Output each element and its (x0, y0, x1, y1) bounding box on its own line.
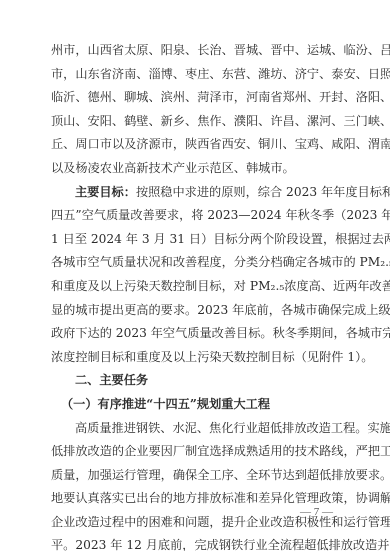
goal-label: 主要目标： (75, 185, 136, 199)
section-heading: 二、主要任务 (51, 369, 343, 393)
goal-text: 按照稳中求进的原则，综合 2023 年年度目标和“十 (136, 185, 390, 199)
text-line: 州市，山西省太原、阳泉、长治、晋城、晋中、运城、临汾、吕梁 (51, 39, 343, 63)
text-line: 1 日至 2024 年 3 月 31 日）目标分两个阶段设置，根据过去两年同期 (51, 228, 343, 252)
text-line: 四五”空气质量改善要求，将 2023—2024 年秋冬季（2023 年 10 月 (51, 204, 343, 228)
text-line: 丘、周口市以及济源市，陕西省西安、铜川、宝鸡、咸阳、渭南市 (51, 133, 343, 157)
text-line: 显的城市提出更高的要求。2023 年底前，各城市确保完成上级人民 (51, 299, 343, 323)
text-line: 临沂、德州、聊城、滨州、菏泽市，河南省郑州、开封、洛阳、平 (51, 86, 343, 110)
text-line: 质量，加强运行管理，确保全工序、全环节达到超低排放要求。各 (51, 464, 343, 488)
text-line: 各城市空气质量状况和改善程度，分类分档确定各城市的 PM₂.₅浓度 (51, 251, 343, 275)
text-line: 市，山东省济南、淄博、枣庄、东营、潍坊、济宁、泰安、日照、 (51, 63, 343, 87)
text-line: 浓度控制目标和重度及以上污染天数控制目标（见附件 1）。 (51, 346, 343, 370)
text-line: 政府下达的 2023 年空气质量改善目标。秋冬季期间，各城市完成 PM₂.₅ (51, 322, 343, 346)
goal-paragraph-first-line: 主要目标：按照稳中求进的原则，综合 2023 年年度目标和“十 (51, 181, 343, 205)
page-number: — 7 — (300, 506, 333, 518)
text-line: 顶山、安阳、鹤壁、新乡、焦作、濮阳、许昌、漯河、三门峡、商 (51, 110, 343, 134)
subsection-heading: （一）有序推进“十四五”规划重大工程 (51, 393, 343, 417)
task-paragraph-first-line: 高质量推进钢铁、水泥、焦化行业超低排放改造工程。实施超 (51, 417, 343, 441)
text-line: 低排放改造的企业要因厂制宜选择成熟适用的技术路线，严把工程 (51, 440, 343, 464)
document-page: 州市，山西省太原、阳泉、长治、晋城、晋中、运城、临汾、吕梁 市，山东省济南、淄博… (51, 39, 343, 551)
text-line: 以及杨凌农业高新技术产业示范区、韩城市。 (51, 157, 343, 181)
text-line: 平。2023 年 12 月底前，完成钢铁行业全流程超低排放改造并公示的 (51, 534, 343, 551)
text-line: 和重度及以上污染天数控制目标，对 PM₂.₅浓度高、近两年改善不明 (51, 275, 343, 299)
